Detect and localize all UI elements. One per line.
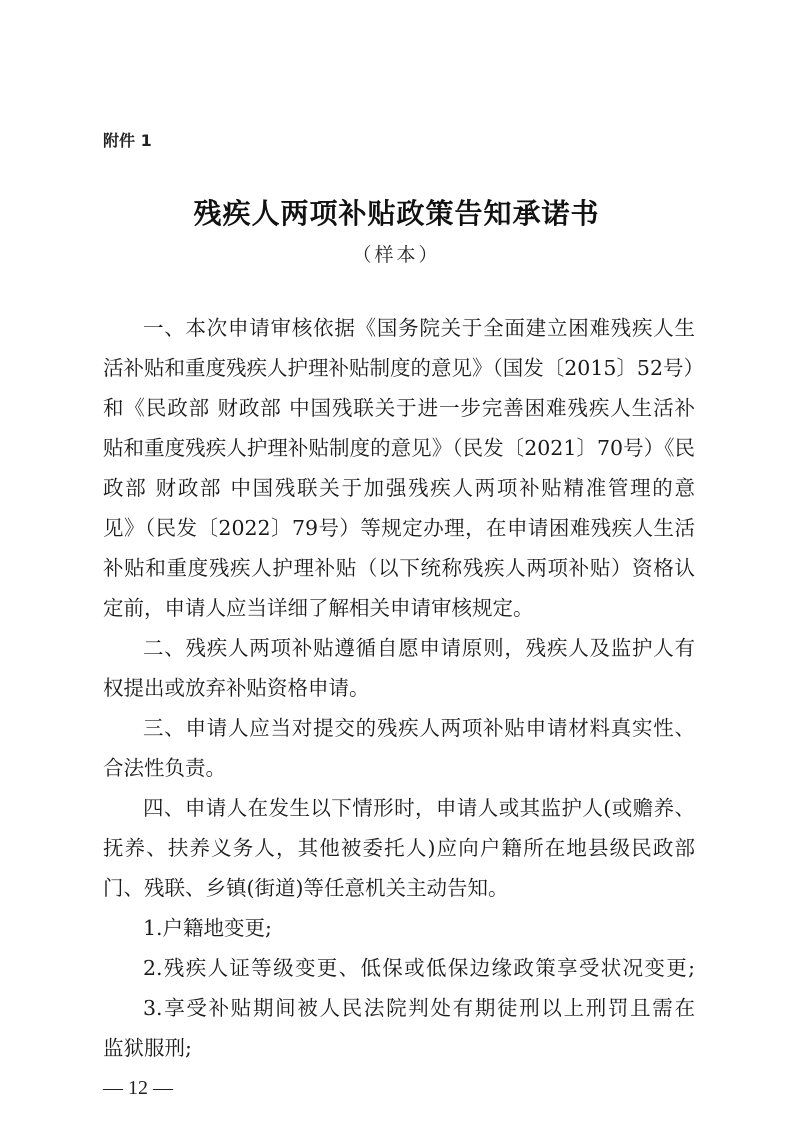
paragraph-1-line-5: 政部 财政部 中国残联关于加强残疾人两项补贴精准管理的意	[103, 473, 695, 503]
paragraph-1-line-8: 定前，申请人应当详细了解相关申请审核规定。	[103, 593, 695, 623]
paragraph-2-line-1: 二、残疾人两项补贴遵循自愿申请原则，残疾人及监护人有	[143, 633, 695, 663]
document-subtitle: （样本）	[0, 240, 793, 267]
paragraph-4-line-2: 抚养、扶养义务人，其他被委托人)应向户籍所在地县级民政部	[103, 833, 695, 863]
page-number: — 12 —	[103, 1077, 173, 1100]
paragraph-1-line-6: 见》（民发〔2022〕79号）等规定办理，在申请困难残疾人生活	[103, 513, 695, 543]
paragraph-3-line-1: 三、申请人应当对提交的残疾人两项补贴申请材料真实性、	[143, 713, 695, 743]
paragraph-1-line-3: 和《民政部 财政部 中国残联关于进一步完善困难残疾人生活补	[103, 393, 695, 423]
list-item-2: 2.残疾人证等级变更、低保或低保边缘政策享受状况变更;	[143, 953, 695, 983]
list-item-3-line-1: 3.享受补贴期间被人民法院判处有期徒刑以上刑罚且需在	[143, 993, 695, 1023]
paragraph-2-line-2: 权提出或放弃补贴资格申请。	[103, 673, 695, 703]
paragraph-1-line-1: 一、本次申请审核依据《国务院关于全面建立困难残疾人生	[143, 313, 695, 343]
list-item-3-line-2: 监狱服刑;	[103, 1033, 695, 1063]
document-title: 残疾人两项补贴政策告知承诺书	[0, 192, 793, 232]
list-item-1: 1.户籍地变更;	[143, 913, 695, 943]
paragraph-4-line-3: 门、残联、乡镇(街道)等任意机关主动告知。	[103, 873, 695, 903]
paragraph-4-line-1: 四、申请人在发生以下情形时，申请人或其监护人(或赡养、	[143, 793, 695, 823]
paragraph-3-line-2: 合法性负责。	[103, 753, 695, 783]
paragraph-1-line-4: 贴和重度残疾人护理补贴制度的意见》（民发〔2021〕70号）《民	[103, 433, 695, 463]
paragraph-1-line-7: 补贴和重度残疾人护理补贴（以下统称残疾人两项补贴）资格认	[103, 553, 695, 583]
document-page: 附件 1 残疾人两项补贴政策告知承诺书 （样本） 一、本次申请审核依据《国务院关…	[0, 0, 793, 1122]
attachment-label: 附件 1	[103, 128, 152, 151]
paragraph-1-line-2: 活补贴和重度残疾人护理补贴制度的意见》（国发〔2015〕52号）	[103, 353, 695, 383]
